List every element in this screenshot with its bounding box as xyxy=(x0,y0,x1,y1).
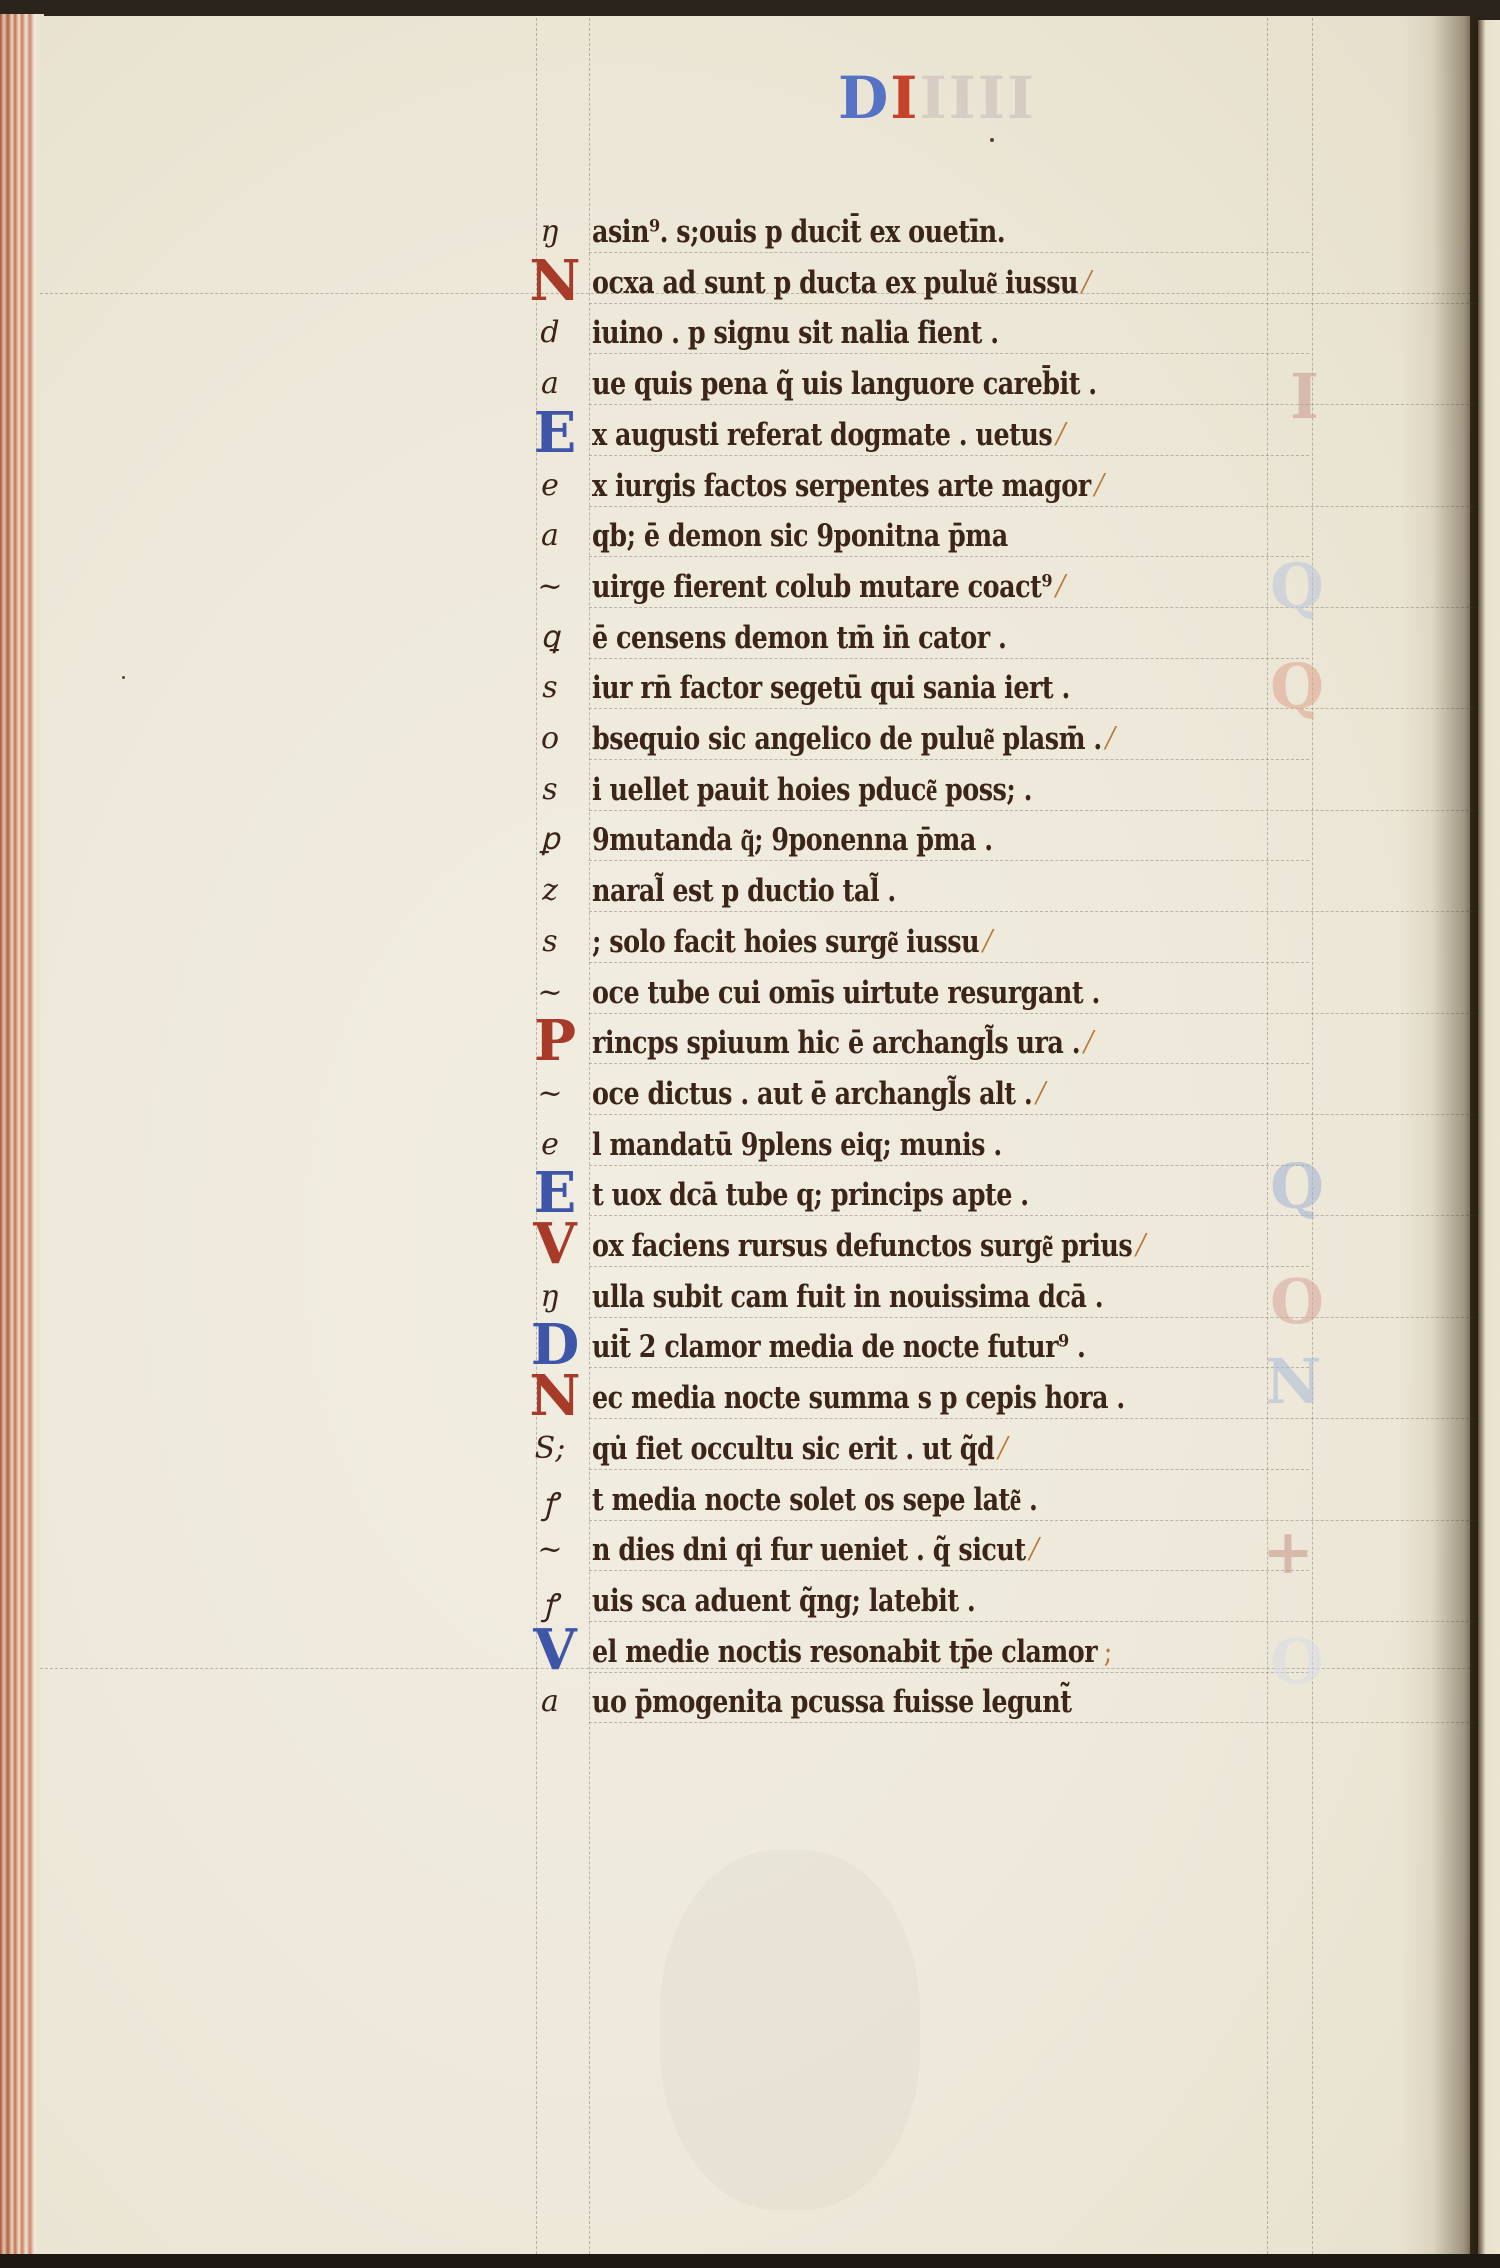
verse-words: el medie noctis resonabit tp̄e clamor xyxy=(592,1634,1097,1670)
verse-line: Ex augusti referat dogmate . uetus⁄ xyxy=(520,411,1280,461)
verse-line: ꝑ9mutanda q͂; 9ponenna p̄ma . xyxy=(520,816,1280,866)
verse-text: iur rn̄ factor segetū qui sania iert . xyxy=(592,668,1076,708)
margin-letter: ~ xyxy=(530,1076,570,1111)
verse-text: i uellet pauit hoies pduce͂ poss; . xyxy=(592,770,1039,810)
verse-line: znaral̃ est p ductio tal̃ . xyxy=(520,867,1280,917)
verse-words: x iurgis factos serpentes arte magor xyxy=(592,468,1091,504)
verse-text: qu̇ fiet occultu sic erit . ut q̃d⁄ xyxy=(592,1429,1005,1469)
verse-words: qb; ē demon sic 9ponitna p̄ma xyxy=(592,518,1008,554)
verse-line: auo p̄mogenita pcussa fuisse legunt̃ xyxy=(520,1678,1280,1728)
scan-bottom-border xyxy=(0,2254,1500,2268)
verse-text: ox faciens rursus defunctos surge͂ prius… xyxy=(592,1226,1143,1266)
verse-words: i uellet pauit hoies pduce͂ poss; . xyxy=(592,772,1032,808)
verse-text: oce tube cui omīs uirtute resurgant . xyxy=(592,973,1106,1013)
correction-tick: ⁄ xyxy=(1032,1532,1036,1568)
verse-words: uis sca aduent q̃ng; latebit . xyxy=(592,1583,975,1619)
correction-tick: ⁄ xyxy=(986,924,990,960)
verse-words: bsequio sic angelico de pulue͂ plasm̄ . xyxy=(592,721,1102,757)
verse-line: diuino . p signu sit nalia fient . xyxy=(520,309,1280,359)
decorated-initial: P xyxy=(526,1011,584,1071)
correction-tick: ⁄ xyxy=(1059,569,1063,605)
verse-text: x augusti referat dogmate . uetus⁄ xyxy=(592,415,1063,455)
verse-text: oce dictus . aut ē archangl̃s alt .⁄ xyxy=(592,1074,1043,1114)
correction-tick: ⁄ xyxy=(1108,721,1112,757)
verse-text: qb; ē demon sic 9ponitna p̄ma xyxy=(592,516,1014,556)
margin-letter: a xyxy=(530,366,570,401)
verse-text: ē censens demon tm̄ in̄ cator . xyxy=(592,618,1013,658)
decorated-initial: V xyxy=(526,1620,584,1680)
verse-line: Nec media nocte summa s p cepis hora . xyxy=(520,1374,1280,1424)
verse-line: Nocxa ad sunt p ducta ex pulue͂ iussu⁄ xyxy=(520,259,1280,309)
verse-words: t media nocte solet os sepe late͂ . xyxy=(592,1482,1037,1518)
verse-line: ~oce dictus . aut ē archangl̃s alt .⁄ xyxy=(520,1070,1280,1120)
margin-letter: ŋ xyxy=(530,1279,570,1314)
verse-words: oce dictus . aut ē archangl̃s alt . xyxy=(592,1076,1032,1112)
verse-text: x iurgis factos serpentes arte magor⁄ xyxy=(592,466,1101,506)
decorated-initial: N xyxy=(526,251,584,311)
verse-line: Princps spiuum hic ē archangl̃s ura .⁄ xyxy=(520,1019,1280,1069)
verse-words: 9mutanda q͂; 9ponenna p̄ma . xyxy=(592,822,993,858)
verse-words: ox faciens rursus defunctos surge͂ prius xyxy=(592,1228,1132,1264)
verse-words: ec media nocte summa s p cepis hora . xyxy=(592,1380,1125,1416)
verse-words: qu̇ fiet occultu sic erit . ut q̃d xyxy=(592,1431,994,1467)
verse-words: uirge fierent colub mutare coact⁹ xyxy=(592,569,1052,605)
verse-text: ocxa ad sunt p ducta ex pulue͂ iussu⁄ xyxy=(592,263,1088,303)
decorated-initial: N xyxy=(526,1366,584,1426)
verse-line: ꝭt media nocte solet os sepe late͂ . xyxy=(520,1476,1280,1526)
verse-text: bsequio sic angelico de pulue͂ plasm̄ .⁄ xyxy=(592,719,1112,759)
verse-line: ~uirge fierent colub mutare coact⁹⁄ xyxy=(520,563,1280,613)
correction-tick: ⁄ xyxy=(1139,1228,1143,1264)
margin-letter: a xyxy=(530,518,570,553)
verse-line: obsequio sic angelico de pulue͂ plasm̄ .… xyxy=(520,715,1280,765)
verse-words: oce tube cui omīs uirtute resurgant . xyxy=(592,975,1100,1011)
correction-tick: ⁄ xyxy=(1001,1431,1005,1467)
verse-words: iuino . p signu sit nalia fient . xyxy=(592,315,999,351)
gutter-shadow xyxy=(1400,16,1480,2256)
verse-text: t uox dcā tube q; princips apte . xyxy=(592,1175,1035,1215)
verse-words: iur rn̄ factor segetū qui sania iert . xyxy=(592,670,1070,706)
header-letter-blue: D xyxy=(838,64,890,132)
margin-letter: o xyxy=(530,721,570,756)
margin-letter: z xyxy=(530,873,570,908)
margin-letter: d xyxy=(530,315,570,350)
verse-line: s; solo facit hoies surge͂ iussu⁄ xyxy=(520,918,1280,968)
verse-text: iuino . p signu sit nalia fient . xyxy=(592,313,1005,353)
margin-letter: ~ xyxy=(530,1532,570,1567)
margin-letter: ꝑ xyxy=(530,822,570,857)
verse-words: ē censens demon tm̄ in̄ cator . xyxy=(592,620,1006,656)
correction-tick: ⁄ xyxy=(1085,265,1089,301)
verse-line: aue quis pena q̃ uis languore careb̄it . xyxy=(520,360,1280,410)
verse-line: ŋasin⁹. s;ouis p ducit̄ ex ouetīn. xyxy=(520,208,1280,258)
verse-text: ; solo facit hoies surge͂ iussu⁄ xyxy=(592,922,989,962)
verse-words: x augusti referat dogmate . uetus xyxy=(592,417,1052,453)
decorated-initial: E xyxy=(526,403,584,463)
margin-letter: s xyxy=(530,772,570,807)
verse-line: Duit̄ 2 clamor media de nocte futur⁹ . xyxy=(520,1323,1280,1373)
margin-letter: a xyxy=(530,1684,570,1719)
margin-letter: ꝭ xyxy=(530,1482,570,1523)
verse-text: uis sca aduent q̃ng; latebit . xyxy=(592,1581,982,1621)
ink-speck xyxy=(990,138,994,142)
ink-speck xyxy=(122,676,125,679)
adjacent-page-edge xyxy=(1478,20,1500,2256)
margin-letter: ~ xyxy=(530,975,570,1010)
margin-letter: ŋ xyxy=(530,214,570,249)
correction-tick: ⁄ xyxy=(1097,468,1101,504)
verse-text: ulla subit cam fuit in nouissima dcā . xyxy=(592,1277,1110,1317)
verse-line: ŋulla subit cam fuit in nouissima dcā . xyxy=(520,1273,1280,1323)
margin-letter: s xyxy=(530,924,570,959)
verse-line: Et uox dcā tube q; princips apte . xyxy=(520,1171,1280,1221)
verse-text: el medie noctis resonabit tp̄e clamor; xyxy=(592,1632,1112,1672)
verse-line: si uellet pauit hoies pduce͂ poss; . xyxy=(520,766,1280,816)
verse-text: uo p̄mogenita pcussa fuisse legunt̃ xyxy=(592,1682,1078,1722)
page-edge-stack xyxy=(0,14,44,2258)
correction-tick: ⁄ xyxy=(1059,417,1063,453)
verse-words: uo p̄mogenita pcussa fuisse legunt̃ xyxy=(592,1684,1072,1720)
verse-words: n dies dni qi fur ueniet . q̃ sicut xyxy=(592,1532,1026,1568)
show-through-initial: I xyxy=(1290,360,1319,433)
margin-letter: s xyxy=(530,670,570,705)
margin-letter: S; xyxy=(530,1431,570,1466)
verse-words: l mandatū 9plens eiq; munis . xyxy=(592,1127,1002,1163)
verse-text: ue quis pena q̃ uis languore careb̄it . xyxy=(592,364,1103,404)
verse-words: asin⁹. s;ouis p ducit̄ ex ouetīn. xyxy=(592,214,1005,250)
verse-line: aqb; ē demon sic 9ponitna p̄ma xyxy=(520,512,1280,562)
verse-text: l mandatū 9plens eiq; munis . xyxy=(592,1125,1008,1165)
parchment-stain xyxy=(660,1850,920,2210)
header-show-through: IIII xyxy=(919,64,1036,132)
verse-line: siur rn̄ factor segetū qui sania iert . xyxy=(520,664,1280,714)
correction-tick: ; xyxy=(1104,1634,1112,1670)
verse-words: rincps spiuum hic ē archangl̃s ura . xyxy=(592,1025,1080,1061)
margin-letter: ~ xyxy=(530,569,570,604)
verse-words: ocxa ad sunt p ducta ex pulue͂ iussu xyxy=(592,265,1078,301)
correction-tick: ⁄ xyxy=(1039,1076,1043,1112)
verse-line: ~oce tube cui omīs uirtute resurgant . xyxy=(520,969,1280,1019)
margin-letter: e xyxy=(530,468,570,503)
verse-text: rincps spiuum hic ē archangl̃s ura .⁄ xyxy=(592,1023,1090,1063)
verse-words: ue quis pena q̃ uis languore careb̄it . xyxy=(592,366,1097,402)
correction-tick: ⁄ xyxy=(1087,1025,1091,1061)
verse-words: ulla subit cam fuit in nouissima dcā . xyxy=(592,1279,1103,1315)
verse-text: 9mutanda q͂; 9ponenna p̄ma . xyxy=(592,820,999,860)
verse-words: t uox dcā tube q; princips apte . xyxy=(592,1177,1029,1213)
verse-line: S;qu̇ fiet occultu sic erit . ut q̃d⁄ xyxy=(520,1425,1280,1475)
margin-letter: ꝗ xyxy=(530,620,570,655)
verse-line: Vel medie noctis resonabit tp̄e clamor; xyxy=(520,1628,1280,1678)
verse-line: ꝭuis sca aduent q̃ng; latebit . xyxy=(520,1577,1280,1627)
verse-text: uit̄ 2 clamor media de nocte futur⁹ . xyxy=(592,1327,1092,1367)
verse-line: ~n dies dni qi fur ueniet . q̃ sicut⁄ xyxy=(520,1526,1280,1576)
verse-text: t media nocte solet os sepe late͂ . xyxy=(592,1480,1044,1520)
verse-line: ex iurgis factos serpentes arte magor⁄ xyxy=(520,462,1280,512)
verse-text: naral̃ est p ductio tal̃ . xyxy=(592,871,902,911)
verse-words: ; solo facit hoies surge͂ iussu xyxy=(592,924,979,960)
verse-words: uit̄ 2 clamor media de nocte futur⁹ . xyxy=(592,1329,1085,1365)
verse-text: n dies dni qi fur ueniet . q̃ sicut⁄ xyxy=(592,1530,1036,1570)
verse-text: ec media nocte summa s p cepis hora . xyxy=(592,1378,1131,1418)
verse-line: el mandatū 9plens eiq; munis . xyxy=(520,1121,1280,1171)
header-letter-red: I xyxy=(890,64,919,132)
running-header: DIIIII xyxy=(838,68,1036,128)
verse-line: ꝗē censens demon tm̄ in̄ cator . xyxy=(520,614,1280,664)
decorated-initial: V xyxy=(526,1214,584,1274)
verse-text: asin⁹. s;ouis p ducit̄ ex ouetīn. xyxy=(592,212,1012,252)
verse-words: naral̃ est p ductio tal̃ . xyxy=(592,873,896,909)
verse-line: Vox faciens rursus defunctos surge͂ priu… xyxy=(520,1222,1280,1272)
margin-letter: e xyxy=(530,1127,570,1162)
verse-text: uirge fierent colub mutare coact⁹⁄ xyxy=(592,567,1062,607)
